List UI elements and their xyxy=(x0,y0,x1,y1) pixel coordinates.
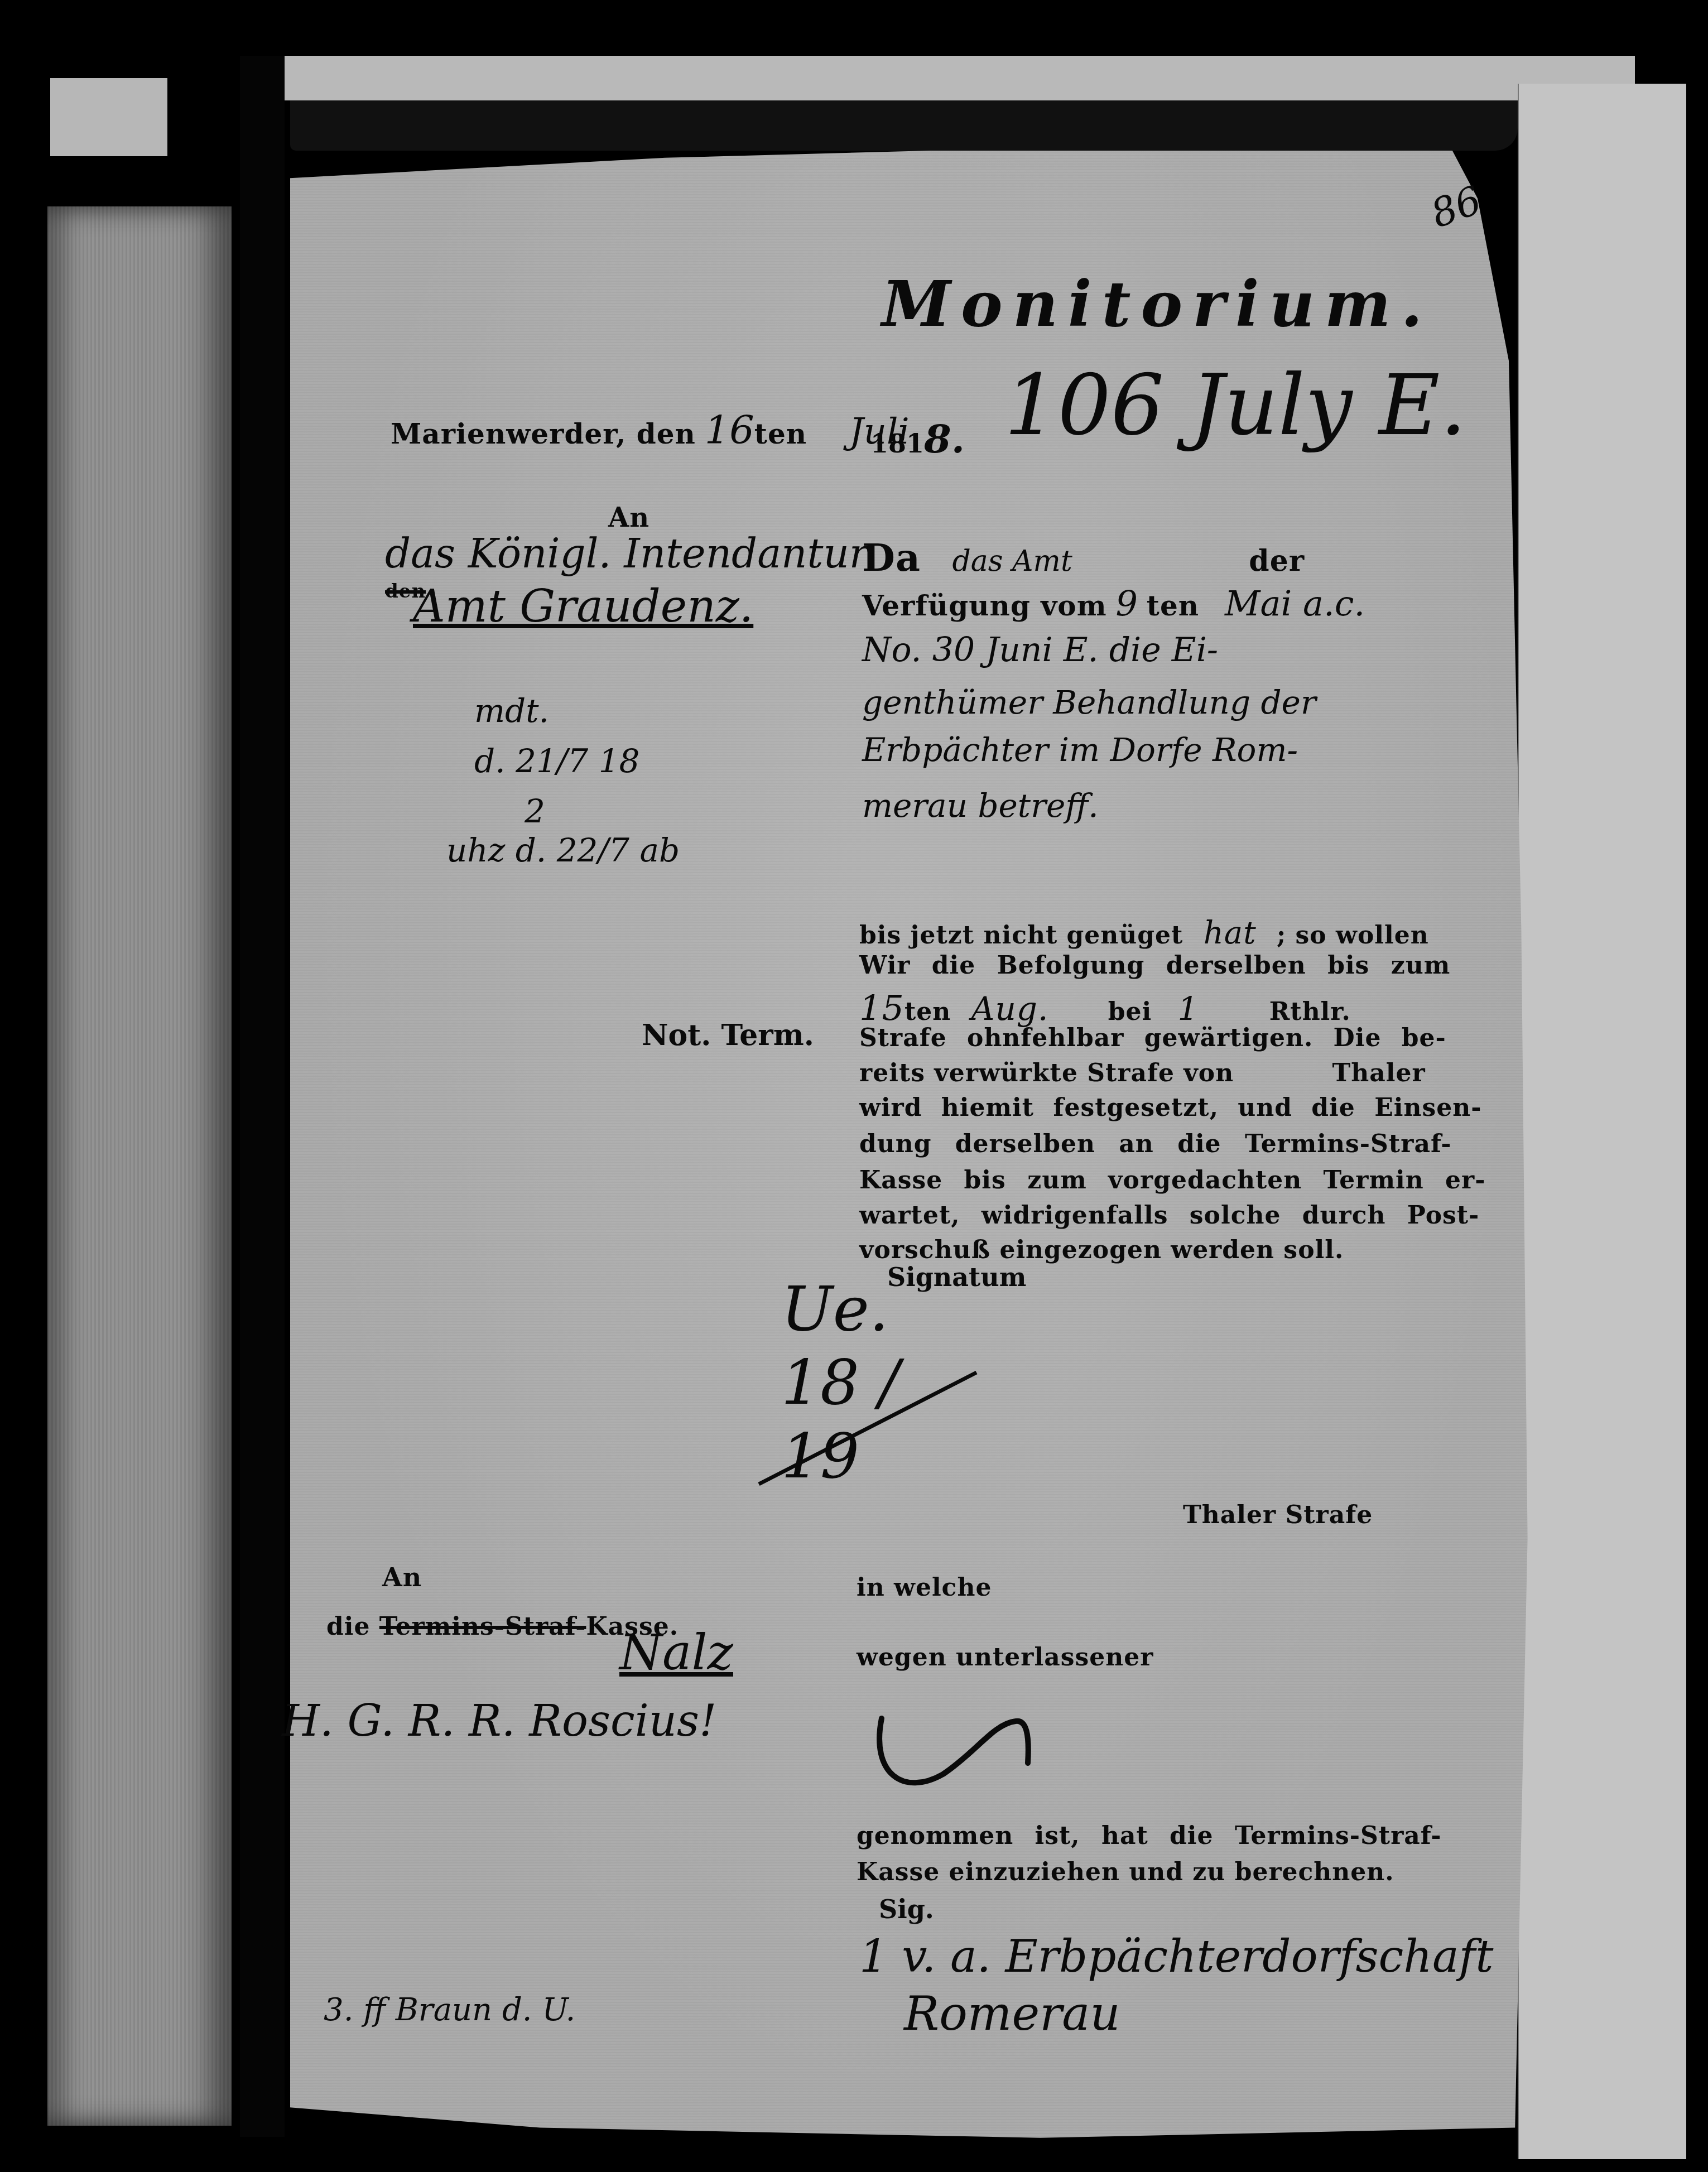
binding-top-edge xyxy=(50,78,167,156)
body-line-4: Strafe ohnfehlbar gewärtigen. Die be- xyxy=(859,1024,1446,1052)
an-label: An xyxy=(608,502,649,533)
body-line-1-hand: hat xyxy=(1204,915,1257,951)
body-line-5-text: reits verwürkte Strafe von xyxy=(859,1059,1234,1087)
main-line2: Verfügung vom 9 ten Mai a.c. xyxy=(862,583,1365,624)
kasse-line: Kasse einzuziehen und zu berechnen. xyxy=(857,1858,1394,1886)
handwritten-sign: Nalz xyxy=(619,1624,733,1681)
reference-number: 106 July E. xyxy=(1004,357,1466,454)
body-line-1: bis jetzt nicht genüget hat ; so wollen xyxy=(859,915,1429,951)
page-top-shadow xyxy=(290,100,1518,151)
body-line-6: wird hiemit festgesetzt, und die Einsen- xyxy=(859,1094,1481,1122)
lower-an-label: An xyxy=(382,1562,422,1592)
margin-note-4: uhz d. 22/7 ab xyxy=(446,831,680,869)
body-line-3-amount: 1 xyxy=(1178,990,1199,1028)
margin-note-1: mdt. xyxy=(474,692,549,730)
back-sheet xyxy=(1518,84,1686,2159)
binding-spine xyxy=(240,56,285,2137)
handwritten-sig-line2: Romerau xyxy=(904,1986,1120,2041)
main-line1: Da das Amt der xyxy=(862,536,1305,580)
body-line-10: vorschuß eingezogen werden soll. xyxy=(859,1236,1344,1264)
flourish-stroke xyxy=(854,1691,1032,1802)
main-line2-prefix: Verfügung vom xyxy=(862,589,1107,622)
main-line1-prefix: Da xyxy=(862,536,921,580)
date-day-suffix: ten xyxy=(754,417,807,450)
year-printed: 181 xyxy=(870,428,924,459)
body-line-2: Wir die Befolgung derselben bis zum xyxy=(859,951,1450,980)
recipient-line1: das Königl. Intendantur xyxy=(385,530,868,577)
main-line2-suffix: ten xyxy=(1147,589,1199,622)
margin-note-3: 2 xyxy=(525,792,545,830)
in-welche: in welche xyxy=(857,1573,992,1602)
main-line2-day: 9 xyxy=(1115,583,1137,624)
genommen-line: genommen ist, hat die Termins-Straf- xyxy=(857,1822,1441,1850)
document-title: Monitorium. xyxy=(882,268,1433,341)
body-line-1-after: ; so wollen xyxy=(1277,921,1429,950)
body-line-5: reits verwürkte Strafe von Thaler xyxy=(859,1059,1426,1087)
main-line3: No. 30 Juni E. die Ei- xyxy=(862,630,1218,670)
main-line6: merau betreff. xyxy=(862,787,1099,825)
date-day: 16 xyxy=(705,407,754,453)
main-line5: Erbpächter im Dorfe Rom- xyxy=(862,731,1298,769)
body-line-9: wartet, widrigenfalls solche durch Post- xyxy=(859,1201,1479,1230)
wegen-unterlassener: wegen unterlassener xyxy=(857,1643,1153,1672)
body-line-3-bei: bei xyxy=(1108,998,1152,1026)
rolled-binding xyxy=(47,206,232,2126)
not-term-label: Not. Term. xyxy=(642,1018,814,1052)
body-line-3: 15ten Aug. bei 1 Rthlr. xyxy=(859,988,1351,1028)
handwritten-addressee: H. G. R. R. Roscius! xyxy=(282,1696,716,1746)
body-line-7: dung derselben an die Termins-Straf- xyxy=(859,1130,1452,1158)
year-handwritten: 8. xyxy=(924,416,965,462)
main-line4: genthümer Behandlung der xyxy=(862,683,1316,721)
die-kasse-struck: Termins-Straf- xyxy=(379,1612,586,1641)
sig-label: Sig. xyxy=(879,1894,934,1924)
recipient-line2: Amt Graudenz. xyxy=(413,580,753,632)
place-date-line: Marienwerder, den 16ten Juli xyxy=(391,407,910,453)
body-line-3-day: 15 xyxy=(859,988,904,1028)
handwritten-sig-line1: 1 v. a. Erbpächterdorfschaft xyxy=(859,1930,1493,1982)
body-line-3-ten: ten xyxy=(904,998,951,1026)
body-line-3-rthlr: Rthlr. xyxy=(1269,998,1351,1026)
top-sheet-edge xyxy=(285,56,1635,100)
body-line-5-after: Thaler xyxy=(1332,1059,1425,1087)
body-line-8: Kasse bis zum vorgedachten Termin er- xyxy=(859,1166,1485,1195)
thaler-strafe: Thaler Strafe xyxy=(1183,1501,1373,1529)
margin-note-2: d. 21/7 18 xyxy=(474,742,640,780)
date-year: 1818. xyxy=(870,416,965,462)
body-line-3-month: Aug. xyxy=(971,990,1049,1028)
signature-stroke xyxy=(753,1361,988,1495)
die-prefix: die xyxy=(326,1612,370,1641)
place-prefix: Marienwerder, den xyxy=(391,417,696,450)
footer-note: 3. ff Braun d. U. xyxy=(324,1992,575,2028)
main-line1-suffix: der xyxy=(1249,544,1305,578)
main-line1-hand: das Amt xyxy=(952,545,1072,578)
body-line-1-text: bis jetzt nicht genüget xyxy=(859,921,1183,950)
main-line2-hand: Mai a.c. xyxy=(1225,583,1365,624)
